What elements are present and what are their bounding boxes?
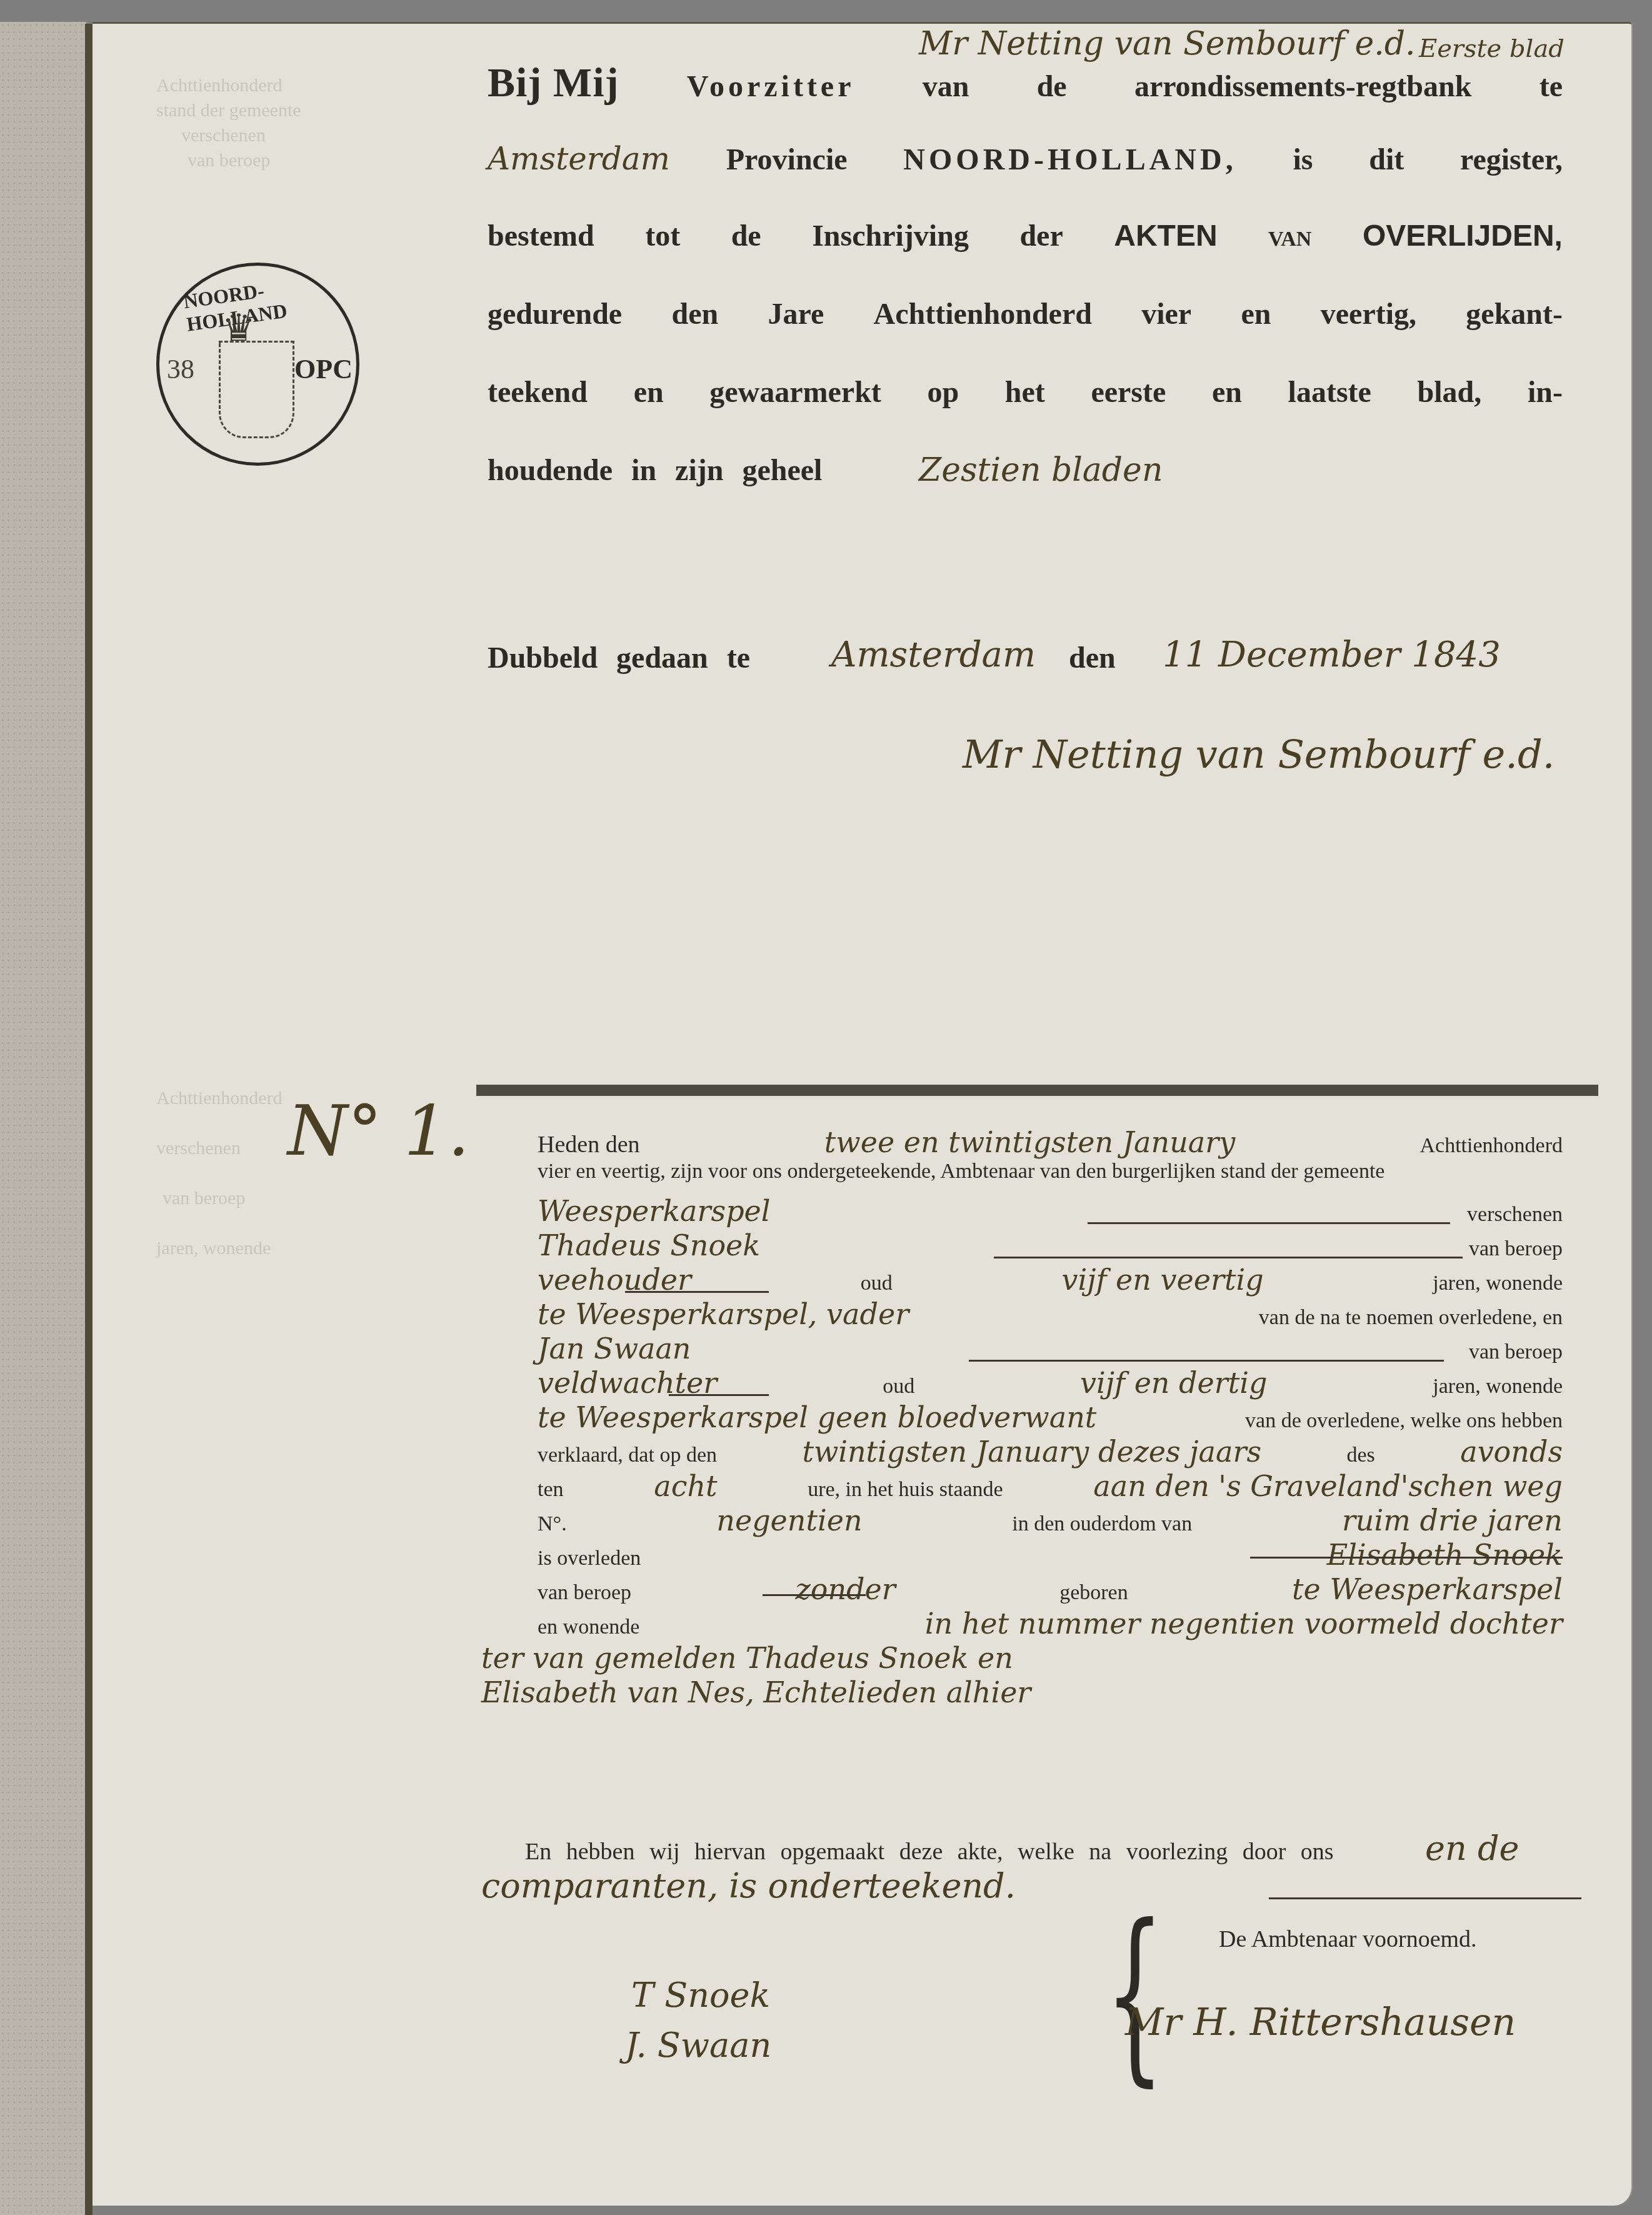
dated-printed-2: den xyxy=(1069,641,1116,675)
handwritten-entry: in het nummer negentien voormeld dochter xyxy=(925,1607,1563,1640)
show-through-text: van beroep xyxy=(163,1188,245,1209)
header-line-3: bestemd tot de Inschrijving der AKTEN VA… xyxy=(488,219,1563,253)
header-word: Inschrijving xyxy=(812,219,969,253)
printed-text: van beroep xyxy=(1469,1340,1563,1364)
printed-text: en wonende xyxy=(538,1615,639,1639)
header-word: veertig, xyxy=(1321,297,1416,331)
blank-line xyxy=(625,1291,769,1293)
handwritten-entry: aan den 's Graveland'schen weg xyxy=(1093,1469,1563,1503)
signature-brace: { xyxy=(1105,1901,1164,2088)
header-word: der xyxy=(1019,219,1063,253)
act-line: Heden dentwee en twintigsten JanuaryAcht… xyxy=(538,1125,1563,1159)
handwritten-entry: twee en twintigsten January xyxy=(824,1125,1235,1159)
header-word: den xyxy=(671,297,718,331)
header-word: gekant- xyxy=(1466,297,1563,331)
handwritten-entry: Thadeus Snoek xyxy=(538,1228,760,1262)
printed-text: N°. xyxy=(538,1512,567,1536)
handwritten-entry: ter van gemelden Thadeus Snoek en xyxy=(481,1641,1013,1675)
header-word: het xyxy=(1005,375,1045,409)
place-handwritten: Amsterdam xyxy=(488,141,670,177)
printed-text: van beroep xyxy=(1469,1237,1563,1261)
header-line-2: Amsterdam Provincie NOORD-HOLLAND, is di… xyxy=(488,141,1563,177)
act-line: tenachture, in het huis staandeaan den '… xyxy=(538,1469,1563,1503)
official-signature: Mr H. Rittershausen xyxy=(1125,2001,1516,2044)
handwritten-entry: te Weesperkarspel xyxy=(1292,1572,1563,1606)
act-line: verklaard, dat op dentwintigsten January… xyxy=(538,1435,1563,1469)
header-word: AKTEN xyxy=(1114,219,1217,253)
stamp-right-text: OPC xyxy=(294,353,353,385)
printed-text: verklaard, dat op den xyxy=(538,1444,717,1467)
handwritten-entry: avonds xyxy=(1460,1435,1563,1469)
act-line: te Weesperkarspel geen bloedverwantvan d… xyxy=(538,1400,1563,1434)
act-line: N°.negentienin den ouderdom vanruim drie… xyxy=(538,1504,1563,1537)
binding-cover xyxy=(0,22,86,2215)
header-word: gewaarmerkt xyxy=(709,375,881,409)
printed-text: jaren, wonende xyxy=(1433,1272,1563,1295)
header-line-5: teekend en gewaarmerkt op het eerste en … xyxy=(488,375,1563,409)
printed-text: jaren, wonende xyxy=(1433,1375,1563,1399)
show-through-text: van beroep xyxy=(188,150,270,171)
header-word: op xyxy=(927,375,959,409)
act-line: en wonendein het nummer negentien voorme… xyxy=(538,1607,1563,1640)
printed-text: ten xyxy=(538,1478,564,1502)
blank-line xyxy=(763,1594,866,1596)
official-label: De Ambtenaar voornoemd. xyxy=(1219,1926,1477,1953)
handwritten-entry: Elisabeth van Nes, Echtelieden alhier xyxy=(481,1675,1031,1709)
header-word: gedurende xyxy=(488,297,622,331)
handwritten-entry: Weesperkarspel xyxy=(538,1194,771,1228)
printed-text: van de na te noemen overledene, en xyxy=(1259,1306,1563,1330)
stamp-top-text: NOORD-HOLLAND xyxy=(182,266,359,336)
closing-handwritten-1: en de xyxy=(1425,1829,1519,1868)
handwritten-entry: ruim drie jaren xyxy=(1342,1504,1563,1537)
header-word: OVERLIJDEN, xyxy=(1363,219,1563,253)
show-through-text: verschenen xyxy=(181,125,266,146)
show-through-text: verschenen xyxy=(156,1138,241,1159)
header-word: NOORD-HOLLAND, xyxy=(903,143,1236,177)
header-word: de xyxy=(731,219,761,253)
show-through-text: Achttienhonderd xyxy=(156,1088,283,1109)
handwritten-entry: zonder xyxy=(796,1572,896,1606)
act-line: Elisabeth van Nes, Echtelieden alhier xyxy=(481,1675,1563,1709)
header-word: teekend xyxy=(488,375,588,409)
act-line: ter van gemelden Thadeus Snoek en xyxy=(481,1641,1563,1675)
top-signature: Mr Netting van Sembourf e.d. xyxy=(919,25,1416,63)
act-line: van beroepzondergeborente Weesperkarspel xyxy=(538,1572,1563,1606)
handwritten-entry: te Weesperkarspel, vader xyxy=(538,1297,909,1331)
header-word: VAN xyxy=(1268,228,1311,251)
header-line-1: Bij Mij Voorzitter van de arrondissement… xyxy=(488,59,1563,107)
header-word: en xyxy=(634,375,664,409)
header-word: arrondissements-regtbank xyxy=(1134,69,1472,104)
printed-text: des xyxy=(1346,1444,1374,1467)
stamp-left-text: 38 xyxy=(167,353,194,385)
header-line-4: gedurende den Jare Achttienhonderd vier … xyxy=(488,297,1563,331)
closing-handwritten-2: comparanten, is onderteekend. xyxy=(481,1866,1016,1906)
witness-signature-2: J. Swaan xyxy=(625,2026,771,2065)
act-line: is overledenElisabeth Snoek xyxy=(538,1538,1563,1572)
printed-text: oud xyxy=(883,1375,914,1399)
printed-text: Achttienhonderd xyxy=(1420,1134,1563,1158)
printed-text: in den ouderdom van xyxy=(1012,1512,1192,1536)
closing-printed: En hebben wij hiervan opgemaakt deze akt… xyxy=(525,1838,1334,1866)
handwritten-entry: te Weesperkarspel geen bloedverwant xyxy=(538,1400,1096,1434)
header-word: Provincie xyxy=(726,143,848,177)
handwritten-entry: vijf en dertig xyxy=(1080,1366,1267,1400)
header-lead: Bij Mij xyxy=(488,59,619,107)
noord-holland-stamp: NOORD-HOLLAND ♛ 38 OPC xyxy=(156,263,359,466)
coat-of-arms-shield-icon xyxy=(219,341,294,438)
president-signature: Mr Netting van Sembourf e.d. xyxy=(963,731,1554,777)
header-word: en xyxy=(1212,375,1242,409)
handwritten-entry: negentien xyxy=(716,1504,862,1537)
printed-text: van beroep xyxy=(538,1581,631,1605)
header-word: blad, xyxy=(1418,375,1482,409)
dated-place-handwritten: Amsterdam xyxy=(831,635,1036,675)
section-divider xyxy=(476,1085,1598,1096)
header-word: tot xyxy=(645,219,680,253)
header-word: de xyxy=(1037,69,1067,104)
header-word: register, xyxy=(1460,143,1563,177)
handwritten-entry: Elisabeth Snoek xyxy=(1327,1538,1563,1572)
printed-text: verschenen xyxy=(1467,1203,1563,1227)
blank-line xyxy=(969,1360,1444,1362)
binding-spine xyxy=(85,24,93,2215)
handwritten-entry: Jan Swaan xyxy=(538,1332,691,1365)
show-through-text: stand der gemeente xyxy=(156,100,301,121)
act-line: te Weesperkarspel, vadervan de na te noe… xyxy=(538,1297,1563,1331)
printed-text: ure, in het huis staande xyxy=(808,1478,1003,1502)
header-word: te xyxy=(1539,69,1563,104)
show-through-text: jaren, wonende xyxy=(156,1238,271,1259)
blank-line xyxy=(1269,1897,1581,1899)
handwritten-entry: acht xyxy=(654,1469,717,1503)
header-word: bestemd xyxy=(488,219,594,253)
page-count-handwritten: Zestien bladen xyxy=(919,451,1163,489)
header-line-6-printed: houdende in zijn geheel xyxy=(488,453,822,488)
printed-text: oud xyxy=(861,1272,893,1295)
header-word: vier xyxy=(1141,297,1191,331)
show-through-text: Achttienhonderd xyxy=(156,75,283,96)
header-word: Jare xyxy=(768,297,824,331)
blank-line xyxy=(1088,1222,1450,1224)
header-word: is xyxy=(1293,143,1313,177)
blank-line xyxy=(994,1257,1463,1258)
printed-text: is overleden xyxy=(538,1547,641,1570)
dated-date-handwritten: 11 December 1843 xyxy=(1163,635,1501,675)
printed-text: vier en veertig, zijn voor ons ondergete… xyxy=(538,1160,1384,1183)
header-word: Achttienhonderd xyxy=(874,297,1092,331)
printed-text: van de overledene, welke ons hebben xyxy=(1245,1409,1563,1433)
dated-printed-1: Dubbeld gedaan te xyxy=(488,641,750,675)
header-word: Voorzitter xyxy=(687,69,855,104)
header-word: eerste xyxy=(1091,375,1166,409)
blank-line xyxy=(669,1394,769,1396)
header-word: van xyxy=(923,69,969,104)
act-number: N° 1. xyxy=(288,1091,469,1171)
blank-line xyxy=(1250,1557,1563,1559)
witness-signature-1: T Snoek xyxy=(631,1976,770,2015)
handwritten-entry: twintigsten January dezes jaars xyxy=(802,1435,1261,1469)
header-word: en xyxy=(1241,297,1271,331)
header-word: in- xyxy=(1528,375,1563,409)
header-word: laatste xyxy=(1288,375,1371,409)
printed-text: Heden den xyxy=(538,1131,640,1158)
printed-text: geboren xyxy=(1059,1581,1128,1605)
act-line: vier en veertig, zijn voor ons ondergete… xyxy=(538,1160,1563,1183)
handwritten-entry: vijf en veertig xyxy=(1061,1263,1263,1297)
header-word: dit xyxy=(1369,143,1404,177)
